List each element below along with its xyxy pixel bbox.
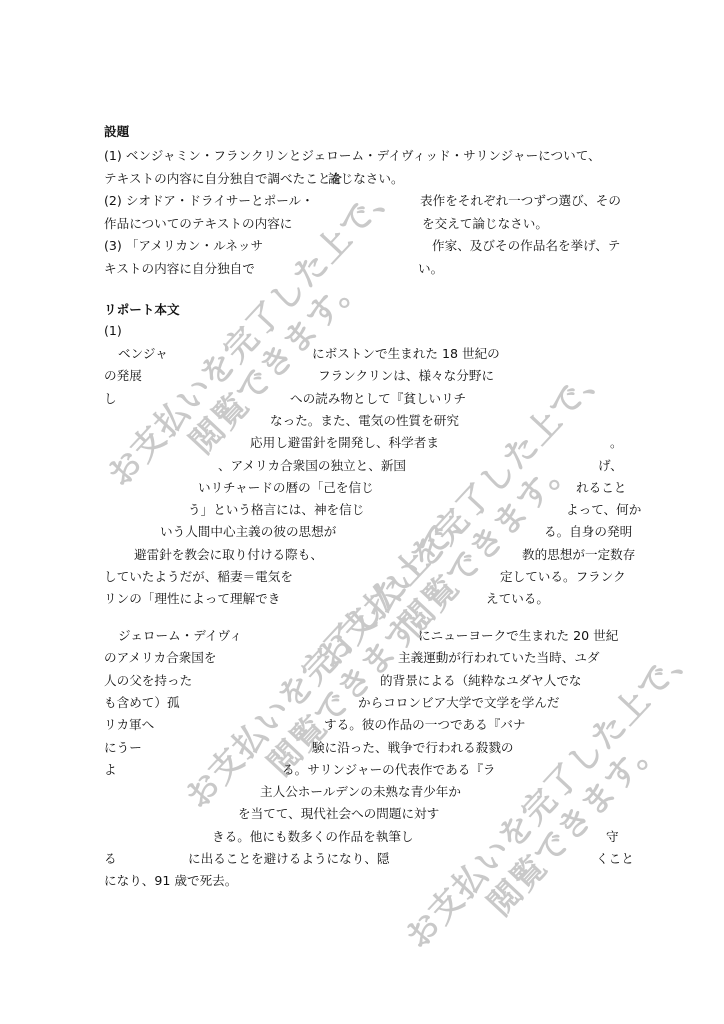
text-line: 作品についてのテキストの内容にを交えて論じなさい。	[0, 214, 724, 234]
text-segment: に出ることを避けるようになり、隠	[188, 849, 390, 869]
text-segment: る	[104, 849, 117, 869]
text-segment: 論じなさい。	[328, 169, 404, 189]
text-segment: への読み物として『貧しいリチ	[290, 389, 466, 409]
text-segment: にボストンで生まれた 18 世紀の	[312, 344, 500, 364]
text-segment: フランクリンは、様々な分野に	[318, 366, 494, 386]
text-segment: キストの内容に自分独自で	[104, 259, 255, 279]
section-label-text: (1)	[104, 321, 122, 341]
text-line: (1) ベンジャミン・フランクリンとジェローム・デイヴィッド・サリンジャーについ…	[0, 146, 724, 166]
section1-label: (1)	[0, 321, 724, 341]
text-line: も含めて）孤からコロンビア大学で文学を学んだ	[0, 693, 724, 713]
text-line: なった。また、電気の性質を研究	[0, 411, 724, 431]
text-segment: る。サリンジャーの代表作である『ラ	[282, 760, 496, 780]
document-page: お支払いを完了した上で、 閲覧できます。 お支払いを完了した上で、 閲覧できます…	[0, 0, 724, 1024]
text-line: よる。サリンジャーの代表作である『ラ	[0, 760, 724, 780]
text-line: きる。他にも数多くの作品を執筆し守	[0, 827, 724, 847]
text-segment: 避雷針を教会に取り付ける際も、	[134, 545, 323, 565]
text-segment: のアメリカ合衆国を	[104, 648, 216, 668]
text-segment: げ、	[598, 456, 623, 476]
text-line: ベンジャにボストンで生まれた 18 世紀の	[0, 344, 724, 364]
document-content: 設題 (1) ベンジャミン・フランクリンとジェローム・デイヴィッド・サリンジャー…	[0, 0, 724, 1024]
text-segment: 作家、及びその作品名を挙げ、テ	[432, 236, 620, 256]
text-line: 、アメリカ合衆国の独立と、新国げ、	[0, 456, 724, 476]
text-segment: 主人公ホールデンの未熟な青少年か	[260, 782, 461, 802]
text-segment: リカ軍へ	[104, 715, 154, 735]
text-line: (3) 「アメリカン・ルネッサ作家、及びその作品名を挙げ、テ	[0, 236, 724, 256]
text-segment: (3) 「アメリカン・ルネッサ	[104, 236, 263, 256]
text-segment: よって、何か	[566, 500, 641, 520]
text-line: しへの読み物として『貧しいリチ	[0, 389, 724, 409]
text-segment: ベンジャ	[118, 344, 168, 364]
question-heading: 設題	[0, 122, 724, 142]
heading-text: リポート本文	[104, 300, 180, 320]
text-segment: (2) シオドア・ドライサーとポール・	[104, 191, 314, 211]
text-segment: 的背景による（純粋なユダヤ人でな	[380, 671, 582, 691]
text-segment: の発展	[104, 366, 142, 386]
text-segment: 人の父を持った	[104, 671, 192, 691]
text-segment: を交えて論じなさい。	[422, 214, 548, 234]
text-segment: る。自身の発明	[544, 522, 632, 542]
text-line: 応用し避雷針を開発し、科学者ま。	[0, 433, 724, 453]
text-segment: 作品についてのテキストの内容に	[104, 214, 292, 234]
text-segment: になり、91 歳で死去。	[104, 871, 237, 891]
text-segment: (1) ベンジャミン・フランクリンとジェローム・デイヴィッド・サリンジャーについ…	[104, 146, 601, 166]
text-segment: し	[104, 389, 117, 409]
text-line: 人の父を持った的背景による（純粋なユダヤ人でな	[0, 671, 724, 691]
text-line: にうー験に沿った、戦争で行われる殺戮の	[0, 738, 724, 758]
text-line: キストの内容に自分独自でい。	[0, 259, 724, 279]
text-segment: 応用し避雷針を開発し、科学者ま	[250, 433, 439, 453]
text-segment: えている。	[486, 589, 549, 609]
text-segment: 定している。フランク	[500, 567, 626, 587]
text-segment: 。	[610, 433, 623, 453]
text-segment: くこと	[596, 849, 634, 869]
text-segment: 、アメリカ合衆国の独立と、新国	[218, 456, 406, 476]
text-segment: にうー	[104, 738, 142, 758]
text-line: るに出ることを避けるようになり、隠くこと	[0, 849, 724, 869]
text-segment: も含めて）孤	[104, 693, 180, 713]
text-segment: 主義運動が行われていた当時、ユダ	[398, 648, 600, 668]
report-heading: リポート本文	[0, 300, 724, 320]
text-segment: れること	[576, 478, 626, 498]
text-line: ジェローム・デイヴィにニューヨークで生まれた 20 世紀	[0, 626, 724, 646]
text-segment: にニューヨークで生まれた 20 世紀	[418, 626, 618, 646]
text-line: テキストの内容に自分独自で調べたことを論じなさい。	[0, 169, 724, 189]
text-line: いリチャードの暦の「己を信じれること	[0, 478, 724, 498]
text-segment: ジェローム・デイヴィ	[118, 626, 242, 646]
text-segment: 教的思想が一定数存	[522, 545, 635, 565]
text-segment: を当てて、現代社会への問題に対す	[238, 804, 439, 824]
text-segment: リンの「理性によって理解でき	[104, 589, 280, 609]
text-segment: い。	[418, 259, 443, 279]
text-segment: なった。また、電気の性質を研究	[270, 411, 459, 431]
text-segment: からコロンビア大学で文学を学んだ	[358, 693, 560, 713]
text-segment: よ	[104, 760, 117, 780]
text-line: (2) シオドア・ドライサーとポール・表作をそれぞれ一つずつ選び、その	[0, 191, 724, 211]
text-line: の発展フランクリンは、様々な分野に	[0, 366, 724, 386]
text-line: 避雷針を教会に取り付ける際も、教的思想が一定数存	[0, 545, 724, 565]
text-line: のアメリカ合衆国を主義運動が行われていた当時、ユダ	[0, 648, 724, 668]
text-segment: いリチャードの暦の「己を信じ	[198, 478, 374, 498]
text-line: リンの「理性によって理解できえている。	[0, 589, 724, 609]
text-line: になり、91 歳で死去。	[0, 871, 724, 891]
text-segment: いう人間中心主義の彼の思想が	[160, 522, 336, 542]
text-line: う」という格言には、神を信じよって、何か	[0, 500, 724, 520]
heading-text: 設題	[104, 122, 129, 142]
text-segment: 験に沿った、戦争で行われる殺戮の	[312, 738, 514, 758]
text-line: を当てて、現代社会への問題に対す	[0, 804, 724, 824]
text-segment: していたようだが、稲妻＝電気を	[104, 567, 293, 587]
text-segment: 表作をそれぞれ一つずつ選び、その	[420, 191, 621, 211]
text-line: いう人間中心主義の彼の思想がる。自身の発明	[0, 522, 724, 542]
text-segment: う」という格言には、神を信じ	[188, 500, 364, 520]
text-segment: テキストの内容に自分独自で調べたことを	[104, 169, 343, 189]
text-line: リカ軍へする。彼の作品の一つである『バナ	[0, 715, 724, 735]
text-line: していたようだが、稲妻＝電気を定している。フランク	[0, 567, 724, 587]
text-segment: きる。他にも数多くの作品を執筆し	[212, 827, 414, 847]
text-segment: 守	[606, 827, 619, 847]
text-line: 主人公ホールデンの未熟な青少年か	[0, 782, 724, 802]
text-segment: する。彼の作品の一つである『バナ	[324, 715, 526, 735]
